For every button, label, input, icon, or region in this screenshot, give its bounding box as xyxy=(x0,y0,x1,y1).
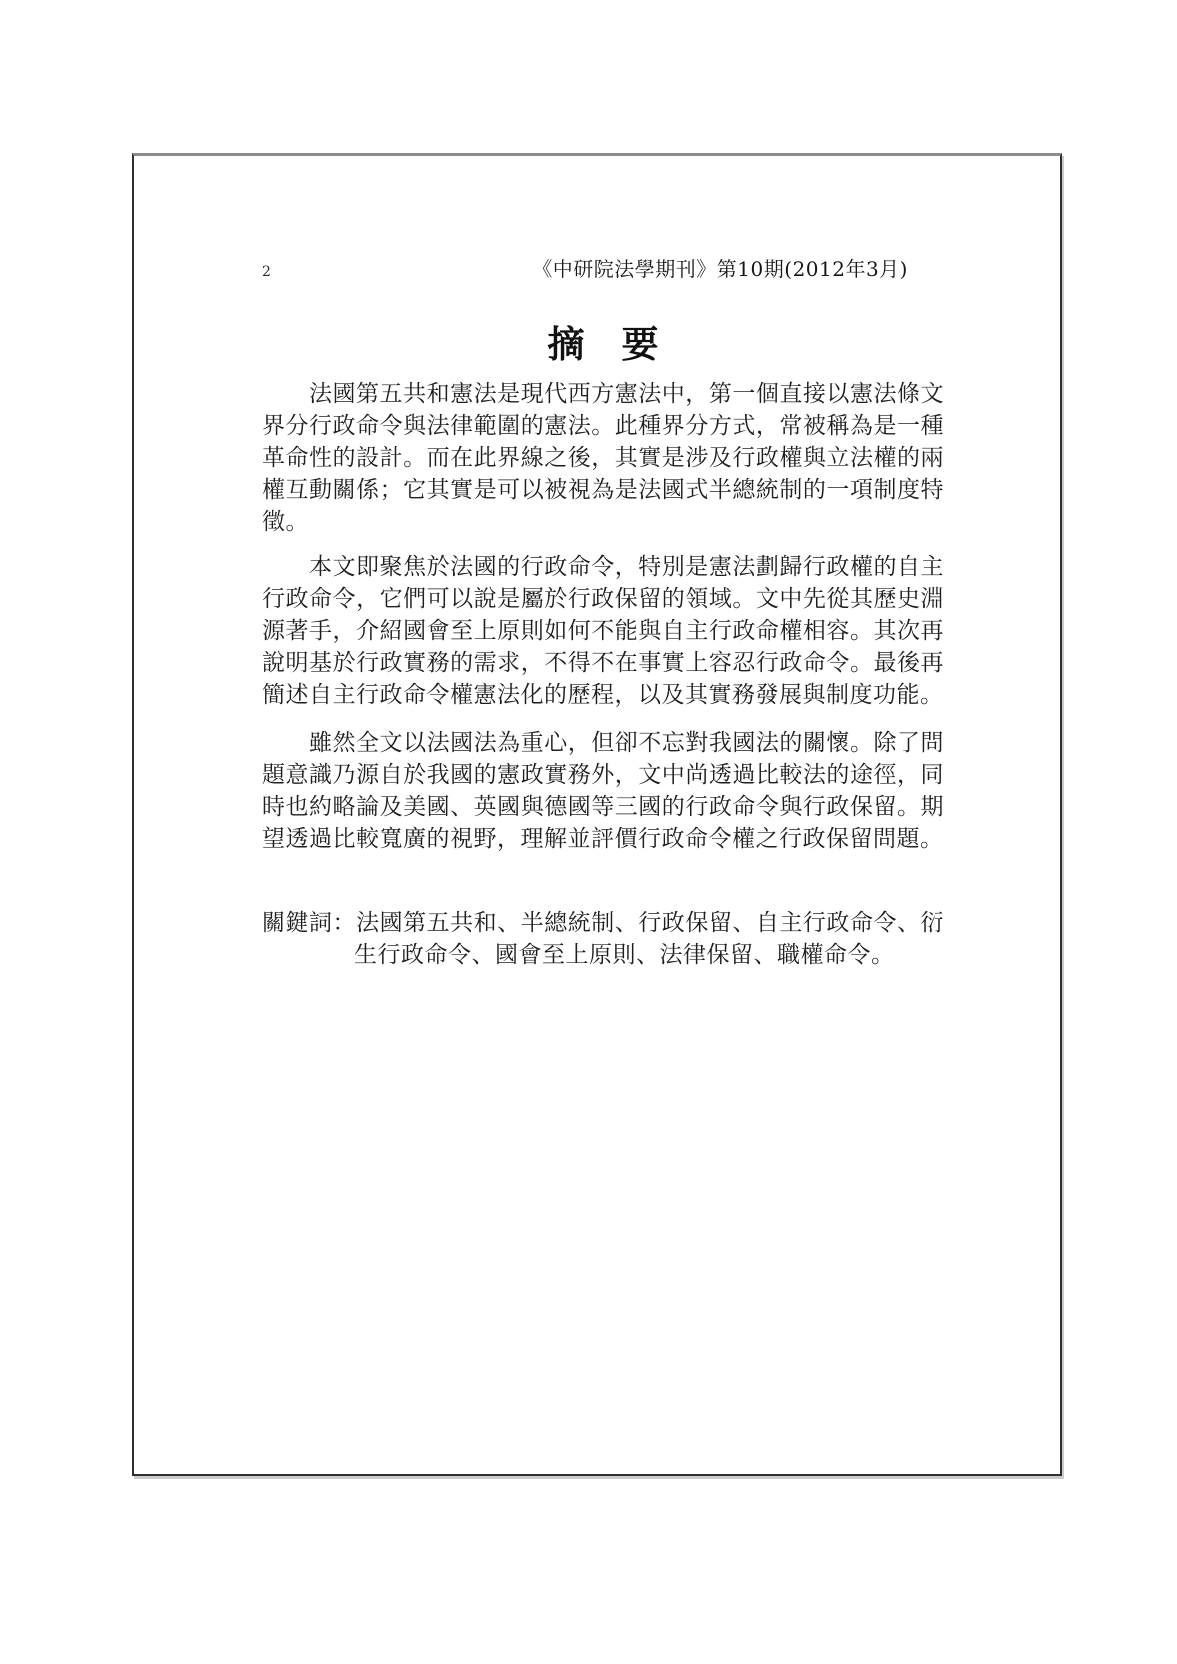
abstract-paragraph-1: 法國第五共和憲法是現代西方憲法中，第一個直接以憲法條文界分行政命令與法律範圍的憲… xyxy=(262,378,944,538)
keywords-block: 關鍵詞：法國第五共和、半總統制、行政保留、自主行政命令、衍生行政命令、國會至上原… xyxy=(262,907,944,971)
abstract-title: 摘 要 xyxy=(262,322,944,368)
page-number: 2 xyxy=(262,259,271,285)
abstract-paragraph-3: 雖然全文以法國法為重心，但卻不忘對我國法的關懷。除了問題意識乃源自於我國的憲政實… xyxy=(262,727,944,855)
running-header: 2 《中研院法學期刊》第10期(2012年3月) xyxy=(262,256,944,285)
abstract-paragraph-2: 本文即聚焦於法國的行政命令，特別是憲法劃歸行政權的自主行政命令，它們可以說是屬於… xyxy=(262,551,944,711)
keywords-text: 法國第五共和、半總統制、行政保留、自主行政命令、衍生行政命令、國會至上原則、法律… xyxy=(354,910,944,968)
document-page: 2 《中研院法學期刊》第10期(2012年3月) 摘 要 法國第五共和憲法是現代… xyxy=(132,153,1062,1476)
page-content-area: 2 《中研院法學期刊》第10期(2012年3月) 摘 要 法國第五共和憲法是現代… xyxy=(134,256,1060,1574)
journal-citation: 《中研院法學期刊》第10期(2012年3月) xyxy=(532,256,908,282)
scanned-page-background: 2 《中研院法學期刊》第10期(2012年3月) 摘 要 法國第五共和憲法是現代… xyxy=(0,0,1177,1664)
keywords-label: 關鍵詞： xyxy=(262,910,356,936)
